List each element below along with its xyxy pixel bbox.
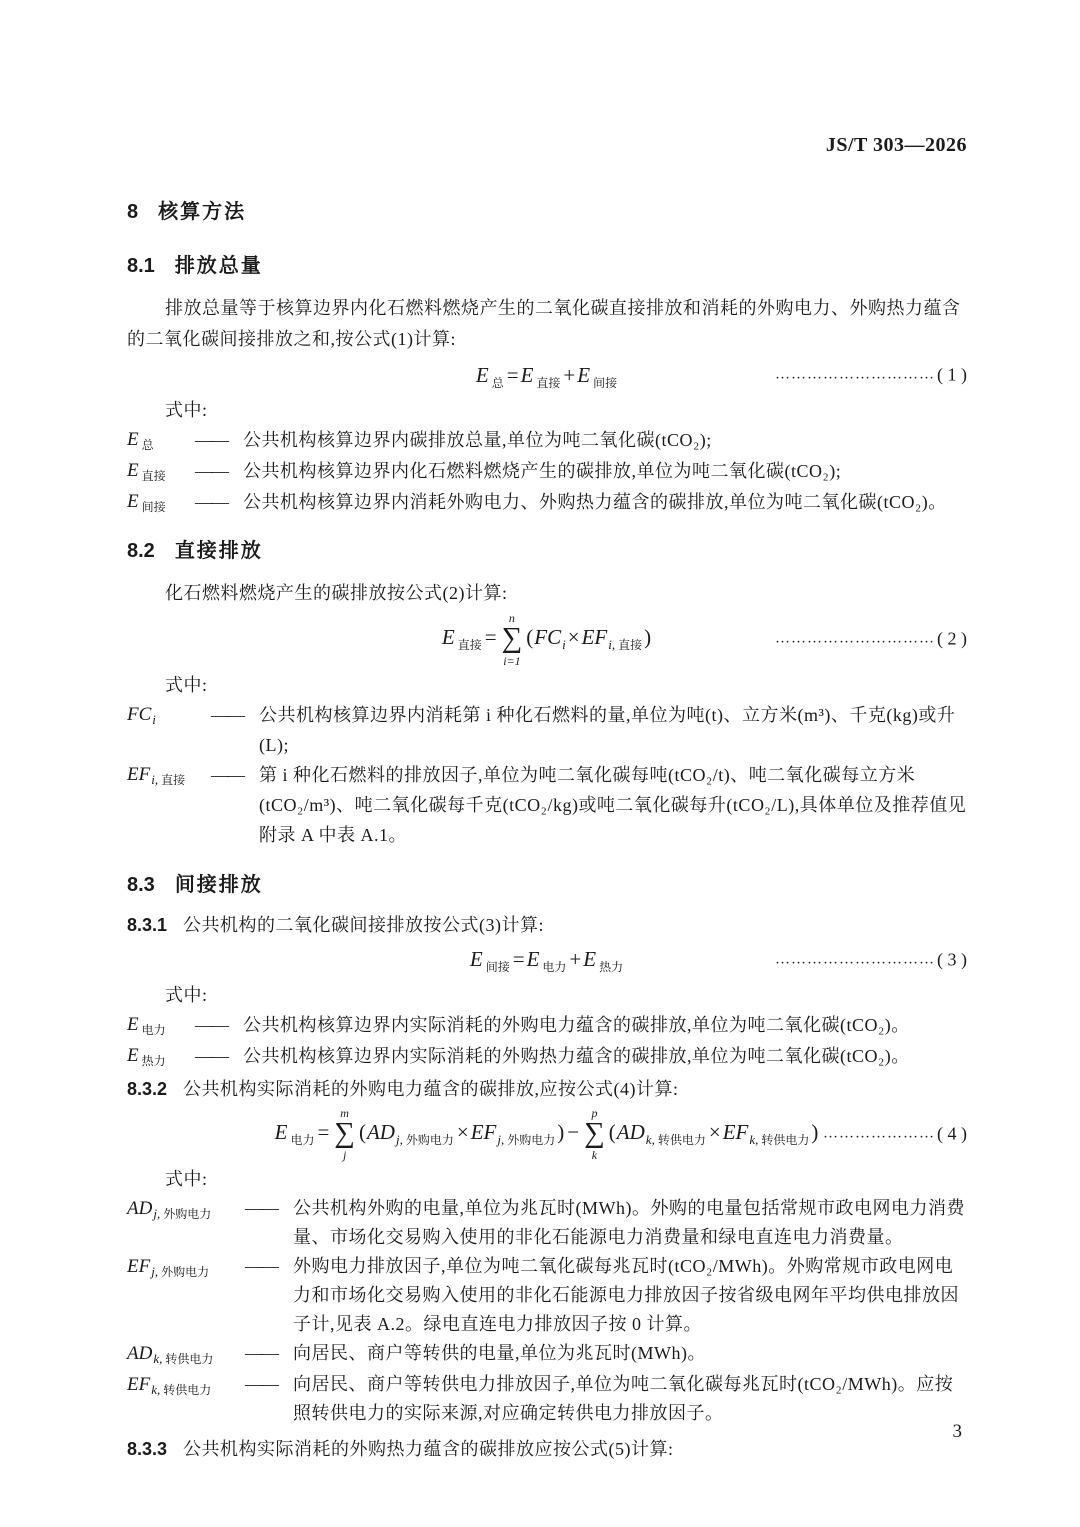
sum-lower-limit: i=1 [503,655,520,667]
equals-sign: = [317,1120,329,1144]
definition-dash: —— [211,700,259,730]
definition-row: E电力 —— 公共机构核算边界内实际消耗的外购电力蕴含的碳排放,单位为吨二氧化碳… [127,1010,967,1041]
math-subscript: 总 [492,376,504,390]
leader-dots: ………………… [823,1125,935,1142]
clause-8-3-1: 8.3.1 公共机构的二氧化碳间接排放按公式(3)计算: [127,910,967,940]
definition-term: E热力 [127,1041,195,1072]
definition-row: E总 —— 公共机构核算边界内碳排放总量,单位为吨二氧化碳(tCO₂); [127,425,967,456]
close-paren: ) [557,1120,564,1144]
sigma-symbol: ∑ [334,1120,355,1148]
formula-2-row: E直接=n∑i=1(FCi×EFi,直接) …………………………( 2 ) [127,612,967,667]
equation-4: E电力=m∑j(ADj,外购电力×EFj,外购电力)−p∑k(ADk,转供电力×… [275,1107,820,1162]
math-subscript: 电力 [542,960,566,974]
equation-number: ( 3 ) [937,949,967,970]
open-paren: ( [359,1120,366,1144]
math-var: FC [534,625,561,649]
math-subscript: i, [151,772,158,787]
clause-8-3-2: 8.3.2 公共机构实际消耗的外购电力蕴含的碳排放,应按公式(4)计算: [127,1074,967,1104]
definition-dash: —— [195,1010,243,1040]
math-subscript: k, [151,1382,160,1397]
open-paren: ( [526,625,533,649]
definition-row: EFj,外购电力 —— 外购电力排放因子,单位为吨二氧化碳每兆瓦时(tCO₂/M… [127,1252,967,1339]
math-var: EF [127,1374,150,1395]
clause-text: 公共机构实际消耗的外购热力蕴含的碳排放应按公式(5)计算: [183,1434,674,1464]
math-var: E [476,363,489,387]
math-subscript: 间接 [142,500,166,514]
definition-dash: —— [245,1194,293,1223]
math-subscript: j, [153,1206,160,1221]
definition-term: E间接 [127,487,195,518]
equation-number-block: …………………………( 2 ) [775,629,967,650]
definition-dash: —— [245,1252,293,1281]
paragraph-8-1-intro: 排放总量等于核算边界内化石燃料燃烧产生的二氧化碳直接排放和消耗的外购电力、外购热… [127,293,967,355]
math-subscript: i [152,712,156,727]
math-var: E [127,491,139,512]
plus-sign: + [569,947,581,971]
times-sign: × [568,625,580,649]
definition-row: FCi —— 公共机构核算边界内消耗第 i 种化石燃料的量,单位为吨(t)、立方… [127,700,967,760]
equation-2: E直接=n∑i=1(FCi×EFi,直接) [442,612,652,667]
definition-row: EFk,转供电力 —— 向居民、商户等转供电力排放因子,单位为吨二氧化碳每兆瓦时… [127,1370,967,1428]
math-subscript: j, [497,1132,504,1147]
equals-sign: = [513,947,525,971]
definition-term: ADj,外购电力 [127,1194,245,1225]
times-sign: × [709,1120,721,1144]
definition-list-1: E总 —— 公共机构核算边界内碳排放总量,单位为吨二氧化碳(tCO₂); E直接… [127,425,967,518]
definition-list-4: ADj,外购电力 —— 公共机构外购的电量,单位为兆瓦时(MWh)。外购的电量包… [127,1194,967,1428]
math-var: E [127,1014,139,1035]
equation-number: ( 2 ) [937,629,967,650]
formula-1-row: E总=E直接+E间接 …………………………( 1 ) [127,358,967,392]
formula-4-row: E电力=m∑j(ADj,外购电力×EFj,外购电力)−p∑k(ADk,转供电力×… [127,1107,967,1162]
where-label: 式中: [127,980,967,1010]
definition-row: E直接 —— 公共机构核算边界内化石燃料燃烧产生的碳排放,单位为吨二氧化碳(tC… [127,456,967,487]
definition-term: E电力 [127,1010,195,1041]
definition-text: 公共机构核算边界内实际消耗的外购热力蕴含的碳排放,单位为吨二氧化碳(tCO₂)。 [243,1041,967,1071]
math-var: E [127,1045,139,1066]
equals-sign: = [507,363,519,387]
summation-operator: p∑k [584,1107,605,1162]
definition-text: 公共机构核算边界内化石燃料燃烧产生的碳排放,单位为吨二氧化碳(tCO₂); [243,456,967,486]
section-title: 间接排放 [175,874,263,896]
section-heading-8-3: 8.3间接排放 [127,872,967,898]
math-var: EF [471,1120,497,1144]
section-title: 核算方法 [158,201,246,223]
definition-text: 外购电力排放因子,单位为吨二氧化碳每兆瓦时(tCO₂/MWh)。外购常规市政电网… [293,1252,967,1339]
clause-8-3-3: 8.3.3 公共机构实际消耗的外购热力蕴含的碳排放应按公式(5)计算: [127,1434,967,1464]
section-title: 排放总量 [175,255,263,277]
definition-term: EFj,外购电力 [127,1252,245,1283]
clause-number: 8.3.2 [127,1074,167,1104]
math-subscript: 总 [142,438,154,452]
definition-text: 第 i 种化石燃料的排放因子,单位为吨二氧化碳每吨(tCO₂/t)、吨二氧化碳每… [259,760,967,850]
definition-term: EFk,转供电力 [127,1370,245,1401]
section-heading-8-1: 8.1排放总量 [127,253,967,279]
definition-dash: —— [195,1041,243,1071]
math-subscript: 直接 [618,638,642,652]
math-subscript: 直接 [161,773,185,787]
math-var: E [442,625,455,649]
equation-number-block: …………………………( 1 ) [775,365,967,386]
math-subscript: 外购电力 [163,1207,211,1221]
definition-row: E间接 —— 公共机构核算边界内消耗外购电力、外购热力蕴含的碳排放,单位为吨二氧… [127,487,967,518]
clause-text: 公共机构实际消耗的外购电力蕴含的碳排放,应按公式(4)计算: [183,1074,679,1104]
sigma-symbol: ∑ [502,625,523,653]
definition-row: ADk,转供电力 —— 向居民、商户等转供的电量,单位为兆瓦时(MWh)。 [127,1339,967,1370]
definition-text: 公共机构核算边界内实际消耗的外购电力蕴含的碳排放,单位为吨二氧化碳(tCO₂)。 [243,1010,967,1040]
math-subscript: k, [646,1132,655,1147]
definition-dash: —— [245,1339,293,1368]
definition-list-3: E电力 —— 公共机构核算边界内实际消耗的外购电力蕴含的碳排放,单位为吨二氧化碳… [127,1010,967,1072]
equals-sign: = [485,625,497,649]
plus-sign: + [563,363,575,387]
definition-term: ADk,转供电力 [127,1339,245,1370]
math-var: E [521,363,534,387]
definition-text: 向居民、商户等转供电力排放因子,单位为吨二氧化碳每兆瓦时(tCO₂/MWh)。应… [293,1370,967,1428]
math-subscript: 直接 [142,469,166,483]
equation-number: ( 4 ) [937,1123,967,1144]
math-subscript: 间接 [486,960,510,974]
definition-dash: —— [211,760,259,790]
math-subscript: i [562,637,566,652]
section-number: 8.3 [127,874,155,896]
summation-operator: n∑i=1 [502,612,523,667]
definition-term: FCi [127,700,211,731]
math-subscript: 间接 [593,376,617,390]
definition-dash: —— [195,456,243,486]
math-subscript: 热力 [142,1054,166,1068]
equation-1: E总=E直接+E间接 [476,363,618,388]
section-number: 8.2 [127,540,155,562]
section-heading-8: 8核算方法 [127,199,967,225]
summation-operator: m∑j [334,1107,355,1162]
equation-3: E间接=E电力+E热力 [470,947,624,972]
math-var: EF [582,625,608,649]
math-subscript: 电力 [290,1133,314,1147]
math-var: EF [127,1256,150,1277]
math-var: E [577,363,590,387]
definition-list-2: FCi —— 公共机构核算边界内消耗第 i 种化石燃料的量,单位为吨(t)、立方… [127,700,967,850]
equation-number: ( 1 ) [937,365,967,386]
clause-number: 8.3.3 [127,1434,167,1464]
equation-number-block: …………………………( 3 ) [775,949,967,970]
math-subscript: 直接 [458,638,482,652]
definition-dash: —— [245,1370,293,1399]
math-subscript: 转供电力 [658,1133,706,1147]
math-subscript: 外购电力 [507,1133,555,1147]
document-header: JS/T 303—2026 [127,133,967,159]
math-var: E [127,460,139,481]
where-label: 式中: [127,395,967,425]
times-sign: × [457,1120,469,1144]
leader-dots: ………………………… [775,631,935,648]
definition-text: 公共机构核算边界内消耗外购电力、外购热力蕴含的碳排放,单位为吨二氧化碳(tCO₂… [243,487,967,517]
math-subscript: k, [749,1132,758,1147]
open-paren: ( [609,1120,616,1144]
sum-lower-limit: k [592,1149,597,1161]
math-var: E [275,1120,288,1144]
math-var: E [470,947,483,971]
math-subscript: 转供电力 [165,1352,213,1366]
definition-text: 公共机构核算边界内碳排放总量,单位为吨二氧化碳(tCO₂); [243,425,967,455]
math-subscript: j, [396,1132,403,1147]
math-subscript: 转供电力 [163,1383,211,1397]
math-var: EF [127,764,150,785]
definition-text: 向居民、商户等转供的电量,单位为兆瓦时(MWh)。 [293,1339,967,1368]
math-var: AD [127,1343,152,1364]
math-subscript: 直接 [536,376,560,390]
sigma-symbol: ∑ [584,1120,605,1148]
math-subscript: i, [608,637,615,652]
math-var: FC [127,704,151,725]
definition-dash: —— [195,487,243,517]
math-subscript: 电力 [142,1023,166,1037]
page-number: 3 [953,1421,963,1443]
section-heading-8-2: 8.2直接排放 [127,538,967,564]
math-subscript: 转供电力 [761,1133,809,1147]
where-label: 式中: [127,1164,967,1194]
section-number: 8.1 [127,255,155,277]
math-var: AD [367,1120,395,1144]
math-var: E [583,947,596,971]
sum-lower-limit: j [343,1149,346,1161]
formula-3-row: E间接=E电力+E热力 …………………………( 3 ) [127,943,967,977]
close-paren: ) [644,625,651,649]
standard-code: JS/T 303—2026 [826,134,967,156]
math-subscript: k, [153,1351,162,1366]
math-var: EF [723,1120,749,1144]
math-subscript: j, [151,1264,158,1279]
where-label: 式中: [127,670,967,700]
math-var: AD [617,1120,645,1144]
definition-text: 公共机构外购的电量,单位为兆瓦时(MWh)。外购的电量包括常规市政电网电力消费量… [293,1194,967,1252]
paragraph-8-2-intro: 化石燃料燃烧产生的碳排放按公式(2)计算: [127,578,967,609]
equation-number-block: …………………( 4 ) [823,1123,967,1144]
definition-row: E热力 —— 公共机构核算边界内实际消耗的外购热力蕴含的碳排放,单位为吨二氧化碳… [127,1041,967,1072]
definition-term: EFi,直接 [127,760,211,791]
standard-document-page: JS/T 303—2026 8核算方法 8.1排放总量 排放总量等于核算边界内化… [0,0,1080,1527]
definition-row: EFi,直接 —— 第 i 种化石燃料的排放因子,单位为吨二氧化碳每吨(tCO₂… [127,760,967,850]
math-var: AD [127,1198,152,1219]
definition-term: E直接 [127,456,195,487]
section-number: 8 [127,201,138,223]
definition-row: ADj,外购电力 —— 公共机构外购的电量,单位为兆瓦时(MWh)。外购的电量包… [127,1194,967,1252]
clause-text: 公共机构的二氧化碳间接排放按公式(3)计算: [183,910,544,940]
definition-text: 公共机构核算边界内消耗第 i 种化石燃料的量,单位为吨(t)、立方米(m³)、千… [259,700,967,760]
definition-term: E总 [127,425,195,456]
math-var: E [527,947,540,971]
math-subscript: 外购电力 [406,1133,454,1147]
clause-number: 8.3.1 [127,910,167,940]
definition-dash: —— [195,425,243,455]
minus-sign: − [567,1120,579,1144]
math-subscript: 热力 [599,960,623,974]
section-title: 直接排放 [175,540,263,562]
math-var: E [127,429,139,450]
leader-dots: ………………………… [775,367,935,384]
leader-dots: ………………………… [775,951,935,968]
math-subscript: 外购电力 [161,1265,209,1279]
close-paren: ) [811,1120,818,1144]
